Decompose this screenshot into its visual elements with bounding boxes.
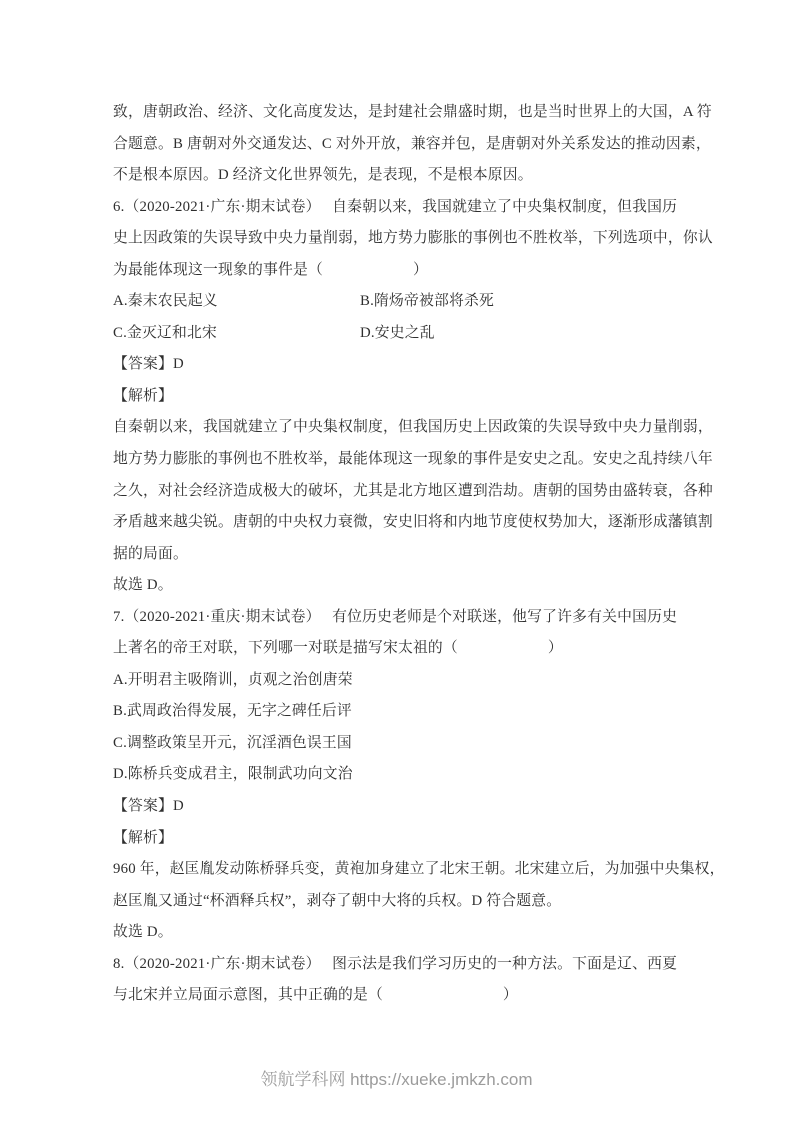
question-7-option-d: D.陈桥兵变成君主，限制武功向文治 — [113, 759, 713, 791]
question-7-conclusion: 故选 D。 — [113, 917, 713, 949]
question-6-option-a: A.秦末农民起义 — [113, 286, 360, 318]
question-7-stem-line: 上著名的帝王对联，下列哪一对联是描写宋太祖的（ ） — [113, 633, 713, 665]
question-7-analysis-label: 【解析】 — [113, 823, 713, 855]
site-watermark: 领航学科网 https://xueke.jmkzh.com — [0, 1068, 793, 1092]
question-6-analysis-label: 【解析】 — [113, 381, 713, 413]
question-7-option-c: C.调整政策呈开元，沉淫酒色误王国 — [113, 728, 713, 760]
question-6-options-row-cd: C.金灭辽和北宋D.安史之乱 — [113, 318, 713, 350]
prev-question-analysis-line: 合题意。B 唐朝对外交通发达、C 对外开放，兼容并包，是唐朝对外关系发达的推动因… — [113, 129, 713, 161]
question-6-stem-line: 为最能体现这一现象的事件是（ ） — [113, 255, 713, 287]
question-6-analysis-line: 据的局面。 — [113, 539, 713, 571]
question-6-option-c: C.金灭辽和北宋 — [113, 318, 360, 350]
question-6-analysis-line: 地方势力膨胀的事例也不胜枚举，最能体现这一现象的事件是安史之乱。安史之乱持续八年 — [113, 444, 713, 476]
question-6-conclusion: 故选 D。 — [113, 570, 713, 602]
question-7-analysis-line: 赵匡胤又通过“杯酒释兵权”，剥夺了朝中大将的兵权。D 符合题意。 — [113, 886, 713, 918]
question-6-stem-line: 史上因政策的失误导致中央力量削弱，地方势力膨胀的事例也不胜枚举，下列选项中，你认 — [113, 223, 713, 255]
question-7-analysis-line: 960 年，赵匡胤发动陈桥驿兵变，黄袍加身建立了北宋王朝。北宋建立后，为加强中央… — [113, 854, 713, 886]
question-6-option-d: D.安史之乱 — [360, 325, 435, 341]
question-6-option-b: B.隋炀帝被部将杀死 — [360, 293, 494, 309]
question-6-analysis-line: 自秦朝以来，我国就建立了中央集权制度，但我国历史上因政策的失误导致中央力量削弱， — [113, 412, 713, 444]
question-6-analysis-line: 矛盾越来越尖锐。唐朝的中央权力衰微，安史旧将和内地节度使权势加大，逐渐形成藩镇割 — [113, 507, 713, 539]
question-7-answer: 【答案】D — [113, 791, 713, 823]
question-6-stem-line: 6.（2020-2021·广东·期末试卷） 自秦朝以来，我国就建立了中央集权制度… — [113, 192, 713, 224]
question-7-option-b: B.武周政治得发展，无字之碑任后评 — [113, 696, 713, 728]
exam-document-page: 致，唐朝政治、经济、文化高度发达，是封建社会鼎盛时期，也是当时世界上的大国，A … — [0, 0, 793, 1122]
prev-question-analysis-line: 致，唐朝政治、经济、文化高度发达，是封建社会鼎盛时期，也是当时世界上的大国，A … — [113, 97, 713, 129]
question-6-options-row-ab: A.秦末农民起义B.隋炀帝被部将杀死 — [113, 286, 713, 318]
question-6-analysis-line: 之久，对社会经济造成极大的破坏，尤其是北方地区遭到浩劫。唐朝的国势由盛转衰，各种 — [113, 476, 713, 508]
question-6-answer: 【答案】D — [113, 349, 713, 381]
question-7-stem-line: 7.（2020-2021·重庆·期末试卷） 有位历史老师是个对联迷，他写了许多有… — [113, 602, 713, 634]
document-body: 致，唐朝政治、经济、文化高度发达，是封建社会鼎盛时期，也是当时世界上的大国，A … — [113, 97, 713, 1012]
question-7-option-a: A.开明君主吸隋训，贞观之治创唐荣 — [113, 665, 713, 697]
prev-question-analysis-line: 不是根本原因。D 经济文化世界领先，是表现，不是根本原因。 — [113, 160, 713, 192]
question-8-stem-line: 与北宋并立局面示意图，其中正确的是（ ） — [113, 980, 713, 1012]
question-8-stem-line: 8.（2020-2021·广东·期末试卷） 图示法是我们学习历史的一种方法。下面… — [113, 949, 713, 981]
